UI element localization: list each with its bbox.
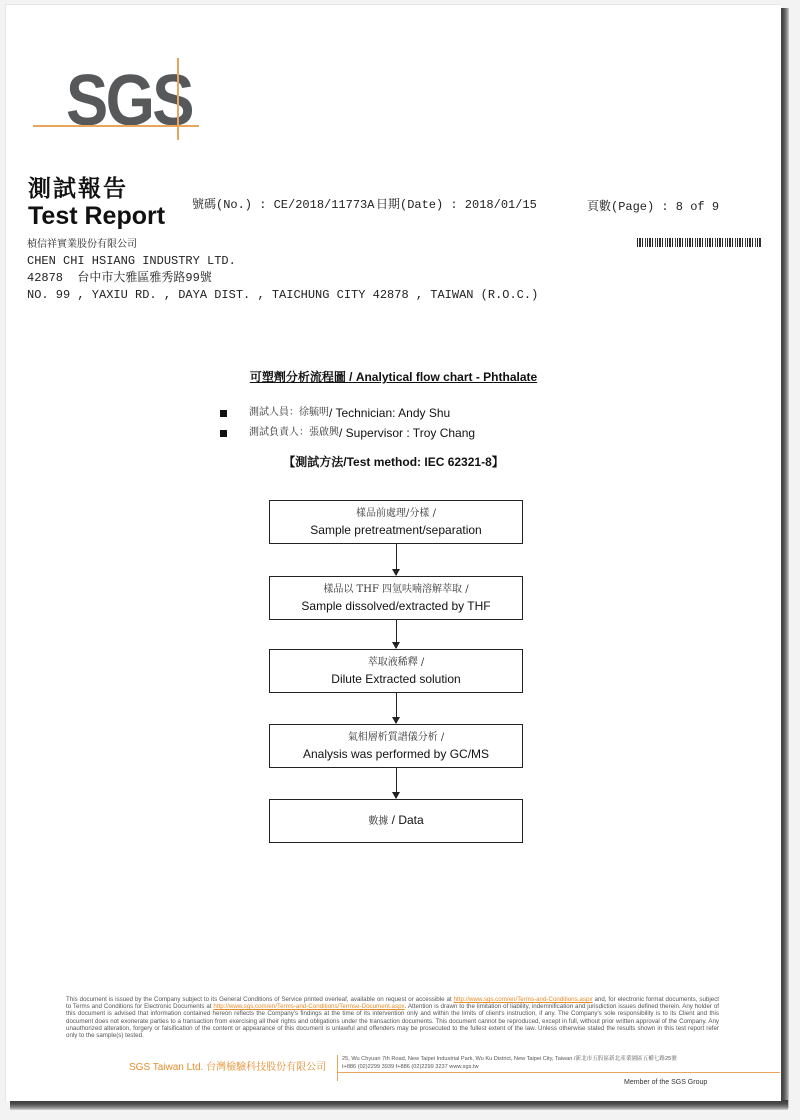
member-of-sgs: Member of the SGS Group <box>624 1079 707 1086</box>
client-address-en: NO. 99 , YAXIU RD. , DAYA DIST. , TAICHU… <box>27 287 538 304</box>
arrow-down-icon <box>396 544 397 575</box>
arrow-down-icon <box>396 768 397 798</box>
footer-address: 25, Wu Chyuan 7th Road, New Taipei Indus… <box>342 1055 677 1071</box>
disclaimer: This document is issued by the Company s… <box>66 996 719 1039</box>
edoc-terms-link[interactable]: http://www.sgs.com/en/Terms-and-Conditio… <box>213 1003 404 1010</box>
report-date: 日期(Date) : 2018/01/15 <box>376 195 537 212</box>
test-method: 【測試方法/Test method: IEC 62321-8】 <box>6 453 781 470</box>
report-title-en: Test Report <box>28 202 165 231</box>
flowchart-title: 可塑劑分析流程圖 / Analytical flow chart - Phtha… <box>6 368 781 385</box>
arrow-down-icon <box>396 620 397 648</box>
footer-company: SGS Taiwan Ltd. 台灣檢驗科技股份有限公司 <box>129 1058 326 1073</box>
footer-vertical-line <box>337 1055 338 1081</box>
flowchart-step: 萃取液稀釋 /Dilute Extracted solution <box>269 649 523 693</box>
supervisor-row: 測試負責人：張啟興 / Supervisor : Troy Chang <box>220 423 475 443</box>
document-page: SGS 測試報告 Test Report 號碼(No.) : CE/2018/1… <box>5 4 781 1101</box>
page-shadow-right <box>780 8 789 1108</box>
report-number: 號碼(No.) : CE/2018/11773A <box>192 195 374 212</box>
footer-horizontal-line <box>337 1072 780 1073</box>
logo-vertical-line <box>177 58 179 140</box>
technician-row: 測試人員：徐毓明 / Technician: Andy Shu <box>220 403 475 423</box>
logo-horizontal-line <box>33 125 199 127</box>
report-title-zh: 測試報告 <box>28 170 128 203</box>
terms-link[interactable]: http://www.sgs.com/en/Terms-and-Conditio… <box>454 996 593 1003</box>
page-shadow-bottom <box>10 1100 788 1110</box>
flowchart-step: 樣品以 THF 四氫呋喃溶解萃取 /Sample dissolved/extra… <box>269 576 523 620</box>
bullet-square-icon <box>220 430 227 437</box>
client-name-zh: 楨信祥實業股份有限公司 <box>27 236 538 253</box>
client-name-en: CHEN CHI HSIANG INDUSTRY LTD. <box>27 253 538 270</box>
bullet-square-icon <box>220 410 227 417</box>
flowchart-step: 樣品前處理/分樣 /Sample pretreatment/separation <box>269 500 523 544</box>
barcode <box>637 238 761 247</box>
flowchart-step: 數據 / Data <box>269 799 523 843</box>
client-block: 楨信祥實業股份有限公司 CHEN CHI HSIANG INDUSTRY LTD… <box>27 236 538 304</box>
arrow-down-icon <box>396 693 397 723</box>
flowchart-step: 氣相層析質譜儀分析 /Analysis was performed by GC/… <box>269 724 523 768</box>
page-number: 頁數(Page) : 8 of 9 <box>587 197 719 214</box>
client-address-zh: 42878 台中市大雅區雅秀路99號 <box>27 270 538 287</box>
personnel-list: 測試人員：徐毓明 / Technician: Andy Shu 測試負責人：張啟… <box>220 403 475 443</box>
